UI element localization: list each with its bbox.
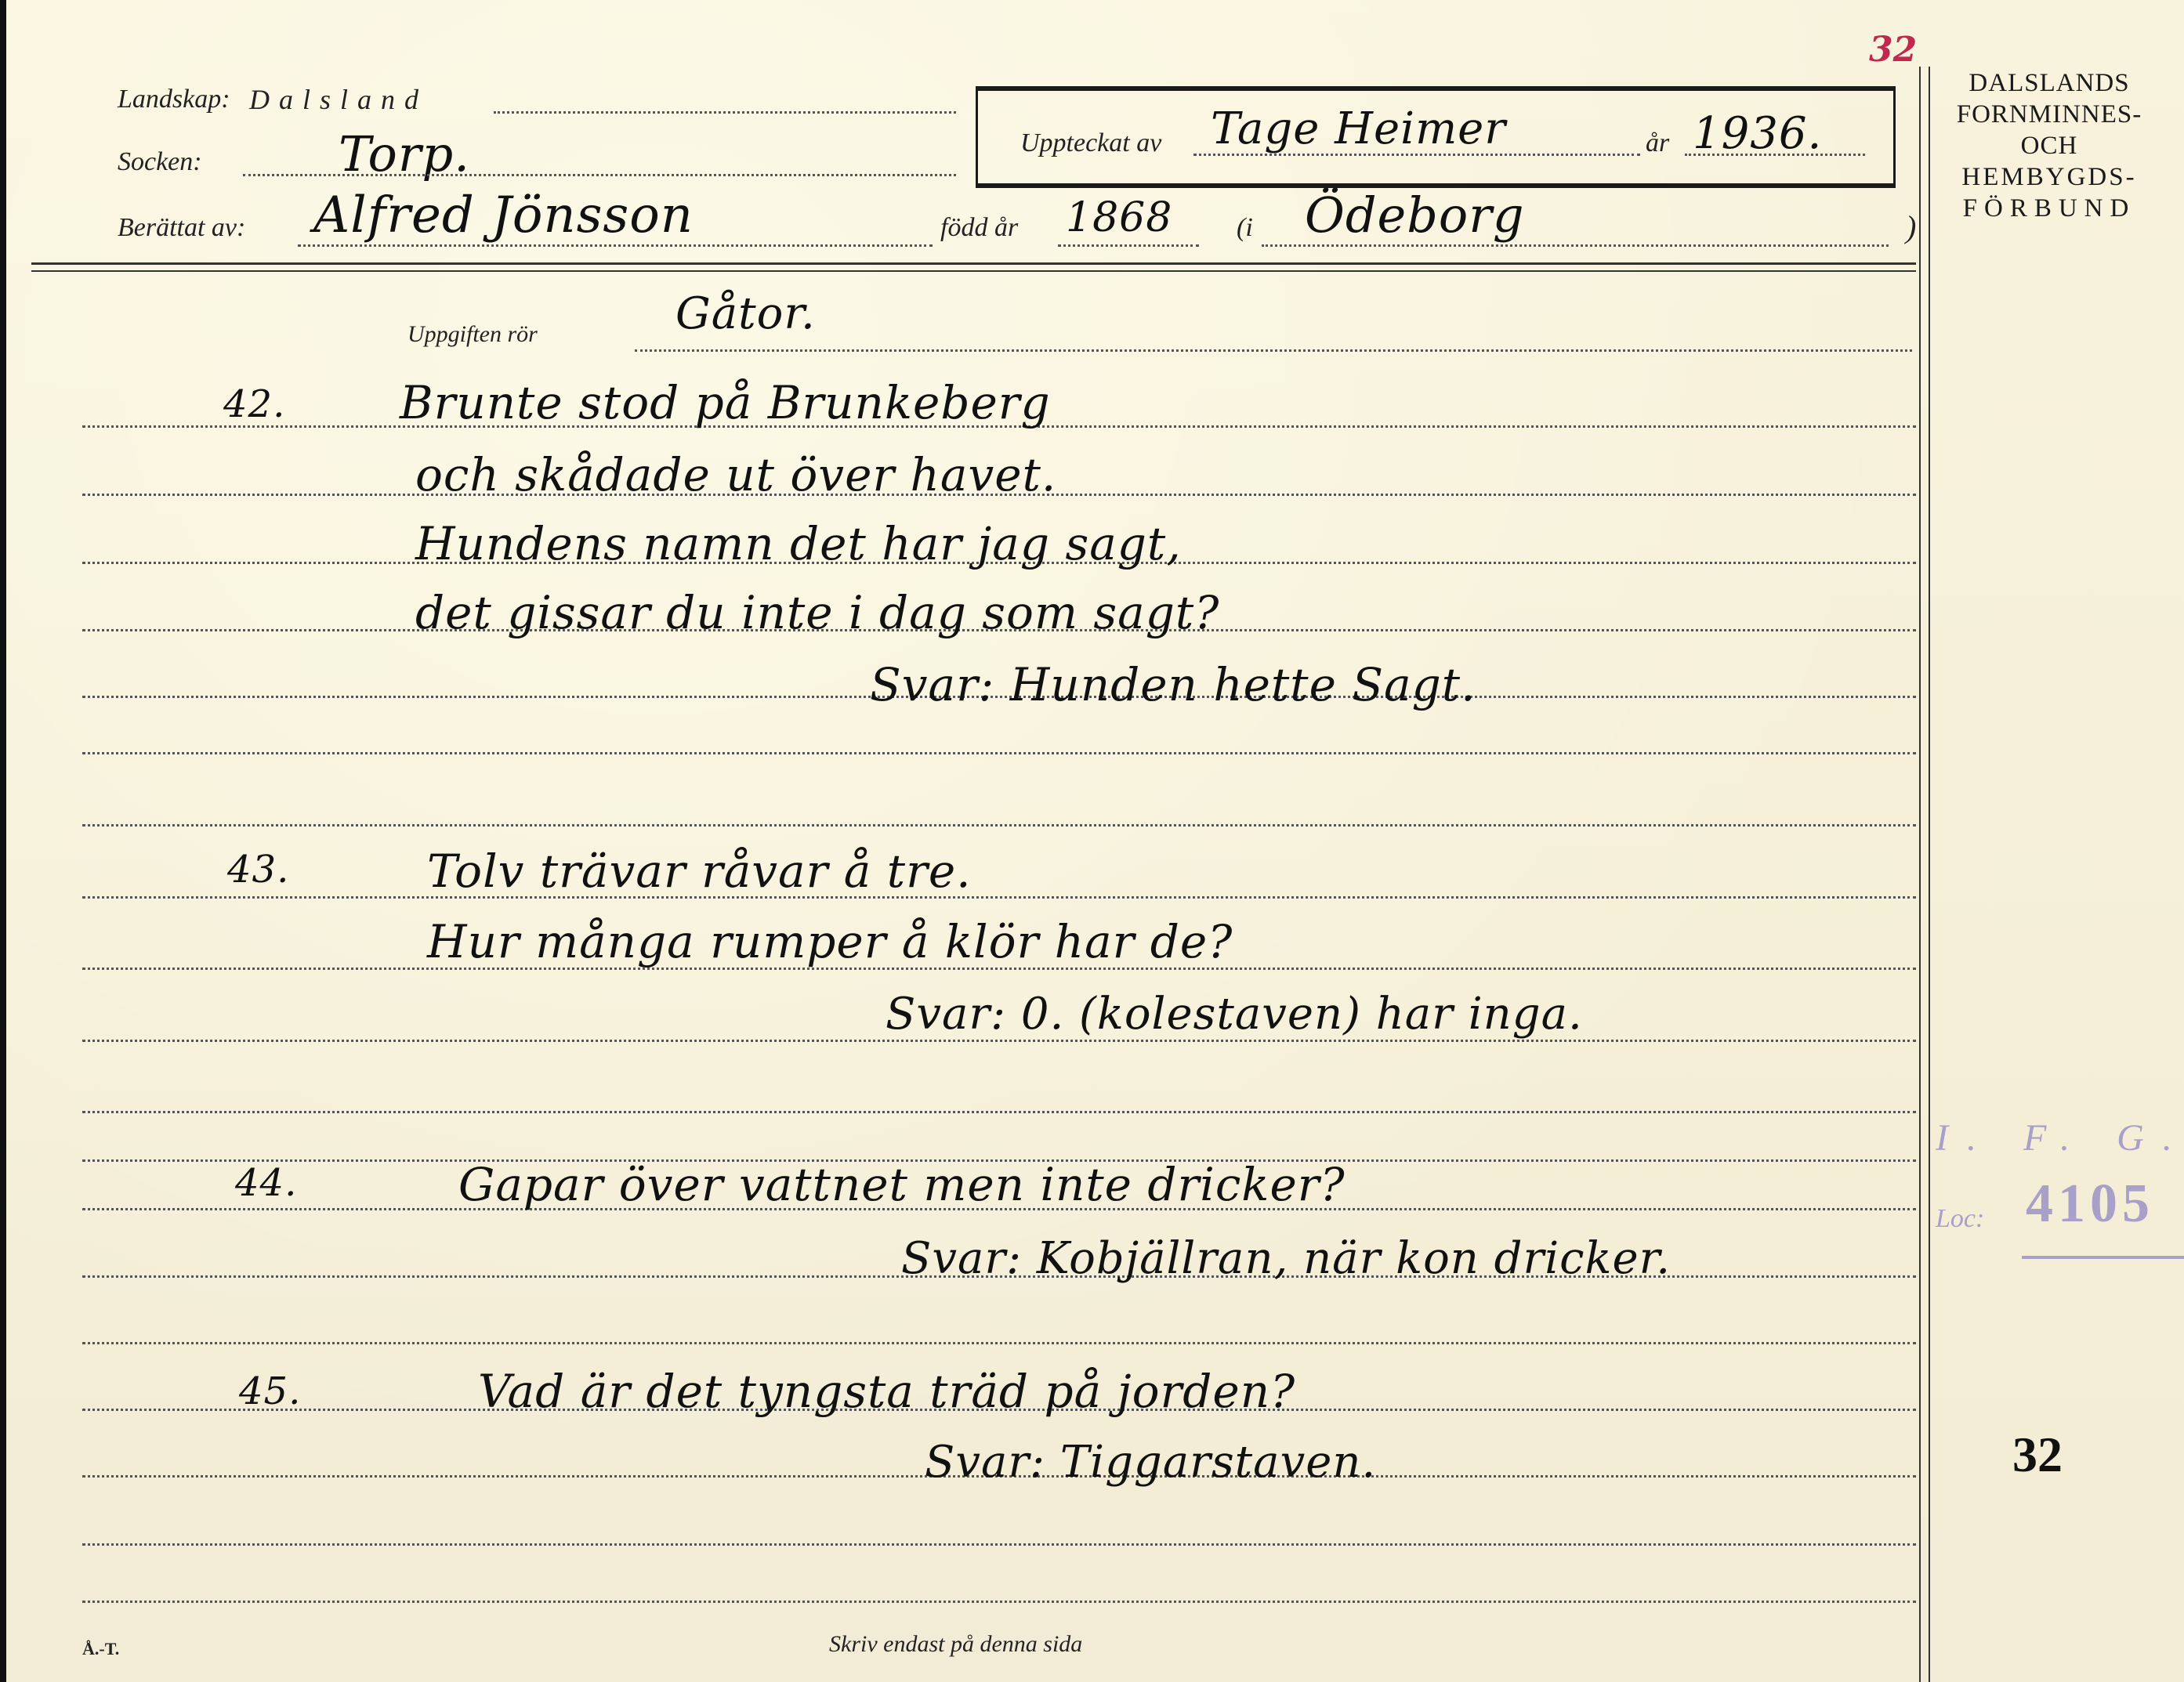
org-line-4: HEMBYGDS-	[1932, 161, 2167, 193]
header-rule-2	[31, 270, 1916, 272]
berattat-line	[298, 244, 933, 247]
landskap-line	[494, 111, 956, 114]
margin-rule-left	[1919, 67, 1921, 1682]
archive-stamp: I. F. G. H Loc: 4105	[1936, 1116, 2184, 1159]
entry-43-number: 43.	[227, 848, 289, 892]
entry-43-line-2: Hur många rumper å klör har de?	[427, 915, 1233, 968]
entry-42-number: 42.	[223, 382, 285, 426]
entry-42-line-1: Brunte stod på Brunkeberg	[400, 376, 1051, 429]
ar-value: 1936.	[1693, 108, 1822, 159]
entry-42-line-3: Hundens namn det har jag sagt,	[415, 517, 1182, 570]
fodd-line	[1058, 244, 1199, 247]
organization-name: DALSLANDS FORNMINNES- OCH HEMBYGDS- FÖRB…	[1932, 67, 2167, 224]
entry-42-line-4: det gissar du inte i dag som sagt?	[415, 586, 1219, 639]
stamp-number: 4105	[2026, 1173, 2154, 1235]
landskap-label: Landskap:	[118, 85, 230, 114]
subject-value: Gåtor.	[675, 288, 816, 339]
org-line-1: DALSLANDS	[1932, 67, 2167, 99]
header-rule-1	[31, 262, 1916, 265]
entry-42-line-2: och skådade ut över havet.	[415, 448, 1056, 501]
margin-rule-right	[1929, 67, 1930, 1682]
entry-43-line-1: Tolv trävar råvar å tre.	[427, 845, 972, 898]
red-page-mark: 32	[1869, 30, 1917, 70]
writing-line	[82, 1111, 1916, 1113]
entry-45-answer: Svar: Tiggarstaven.	[925, 1437, 1376, 1488]
record-card	[0, 0, 2184, 1682]
socken-label: Socken:	[118, 147, 202, 177]
entry-43-answer: Svar: 0. (kolestaven) har inga.	[886, 989, 1583, 1040]
entry-44-line-1: Gapar över vattnet men inte dricker?	[458, 1158, 1346, 1211]
uppteckn-value: Tage Heimer	[1211, 103, 1506, 154]
stamp-initials: I. F. G. H	[1936, 1116, 2184, 1159]
footer-instruction: Skriv endast på denna sida	[829, 1631, 1082, 1658]
stamp-label: Loc:	[1936, 1204, 1984, 1234]
writing-line	[82, 896, 1916, 899]
entry-45-number: 45.	[239, 1369, 301, 1413]
entry-44-number: 44.	[235, 1161, 297, 1205]
ar-label: år	[1646, 128, 1669, 158]
fodd-i-label: (i	[1237, 213, 1253, 243]
org-line-3: OCH	[1932, 130, 2167, 161]
writing-line	[82, 1601, 1916, 1603]
stamp-underline	[2022, 1256, 2184, 1259]
berattat-value: Alfred Jönsson	[313, 186, 694, 244]
landskap-value: Dalsland	[249, 83, 428, 116]
subject-label: Uppgiften rör	[407, 321, 538, 348]
subject-line	[635, 349, 1912, 352]
fodd-i-line	[1262, 244, 1889, 247]
writing-line	[82, 1543, 1916, 1546]
org-line-5: FÖRBUND	[1932, 193, 2167, 224]
writing-line	[82, 1342, 1916, 1344]
writing-line	[82, 1040, 1916, 1042]
uppteckn-line	[1193, 154, 1640, 156]
ar-line	[1685, 154, 1865, 156]
entry-42-answer: Svar: Hunden hette Sagt.	[870, 658, 1476, 711]
socken-line	[243, 174, 956, 176]
entry-45-line-1: Vad är det tyngsta träd på jorden?	[478, 1365, 1295, 1418]
writing-line	[82, 824, 1916, 827]
fodd-label: född år	[940, 213, 1018, 243]
scan-edge	[0, 0, 6, 1682]
entry-44-answer: Svar: Kobjällran, när kon dricker.	[901, 1233, 1671, 1284]
uppteckn-label: Uppteckat av	[1020, 128, 1161, 158]
fodd-value: 1868	[1066, 194, 1172, 241]
org-line-2: FORNMINNES-	[1932, 99, 2167, 130]
fodd-i-value: Ödeborg	[1305, 186, 1525, 244]
fodd-close: )	[1906, 208, 1916, 245]
printer-mark: Å.-T.	[82, 1639, 119, 1659]
writing-line	[82, 752, 1916, 754]
page-number: 32	[2012, 1426, 2063, 1484]
berattat-label: Berättat av:	[118, 213, 245, 243]
